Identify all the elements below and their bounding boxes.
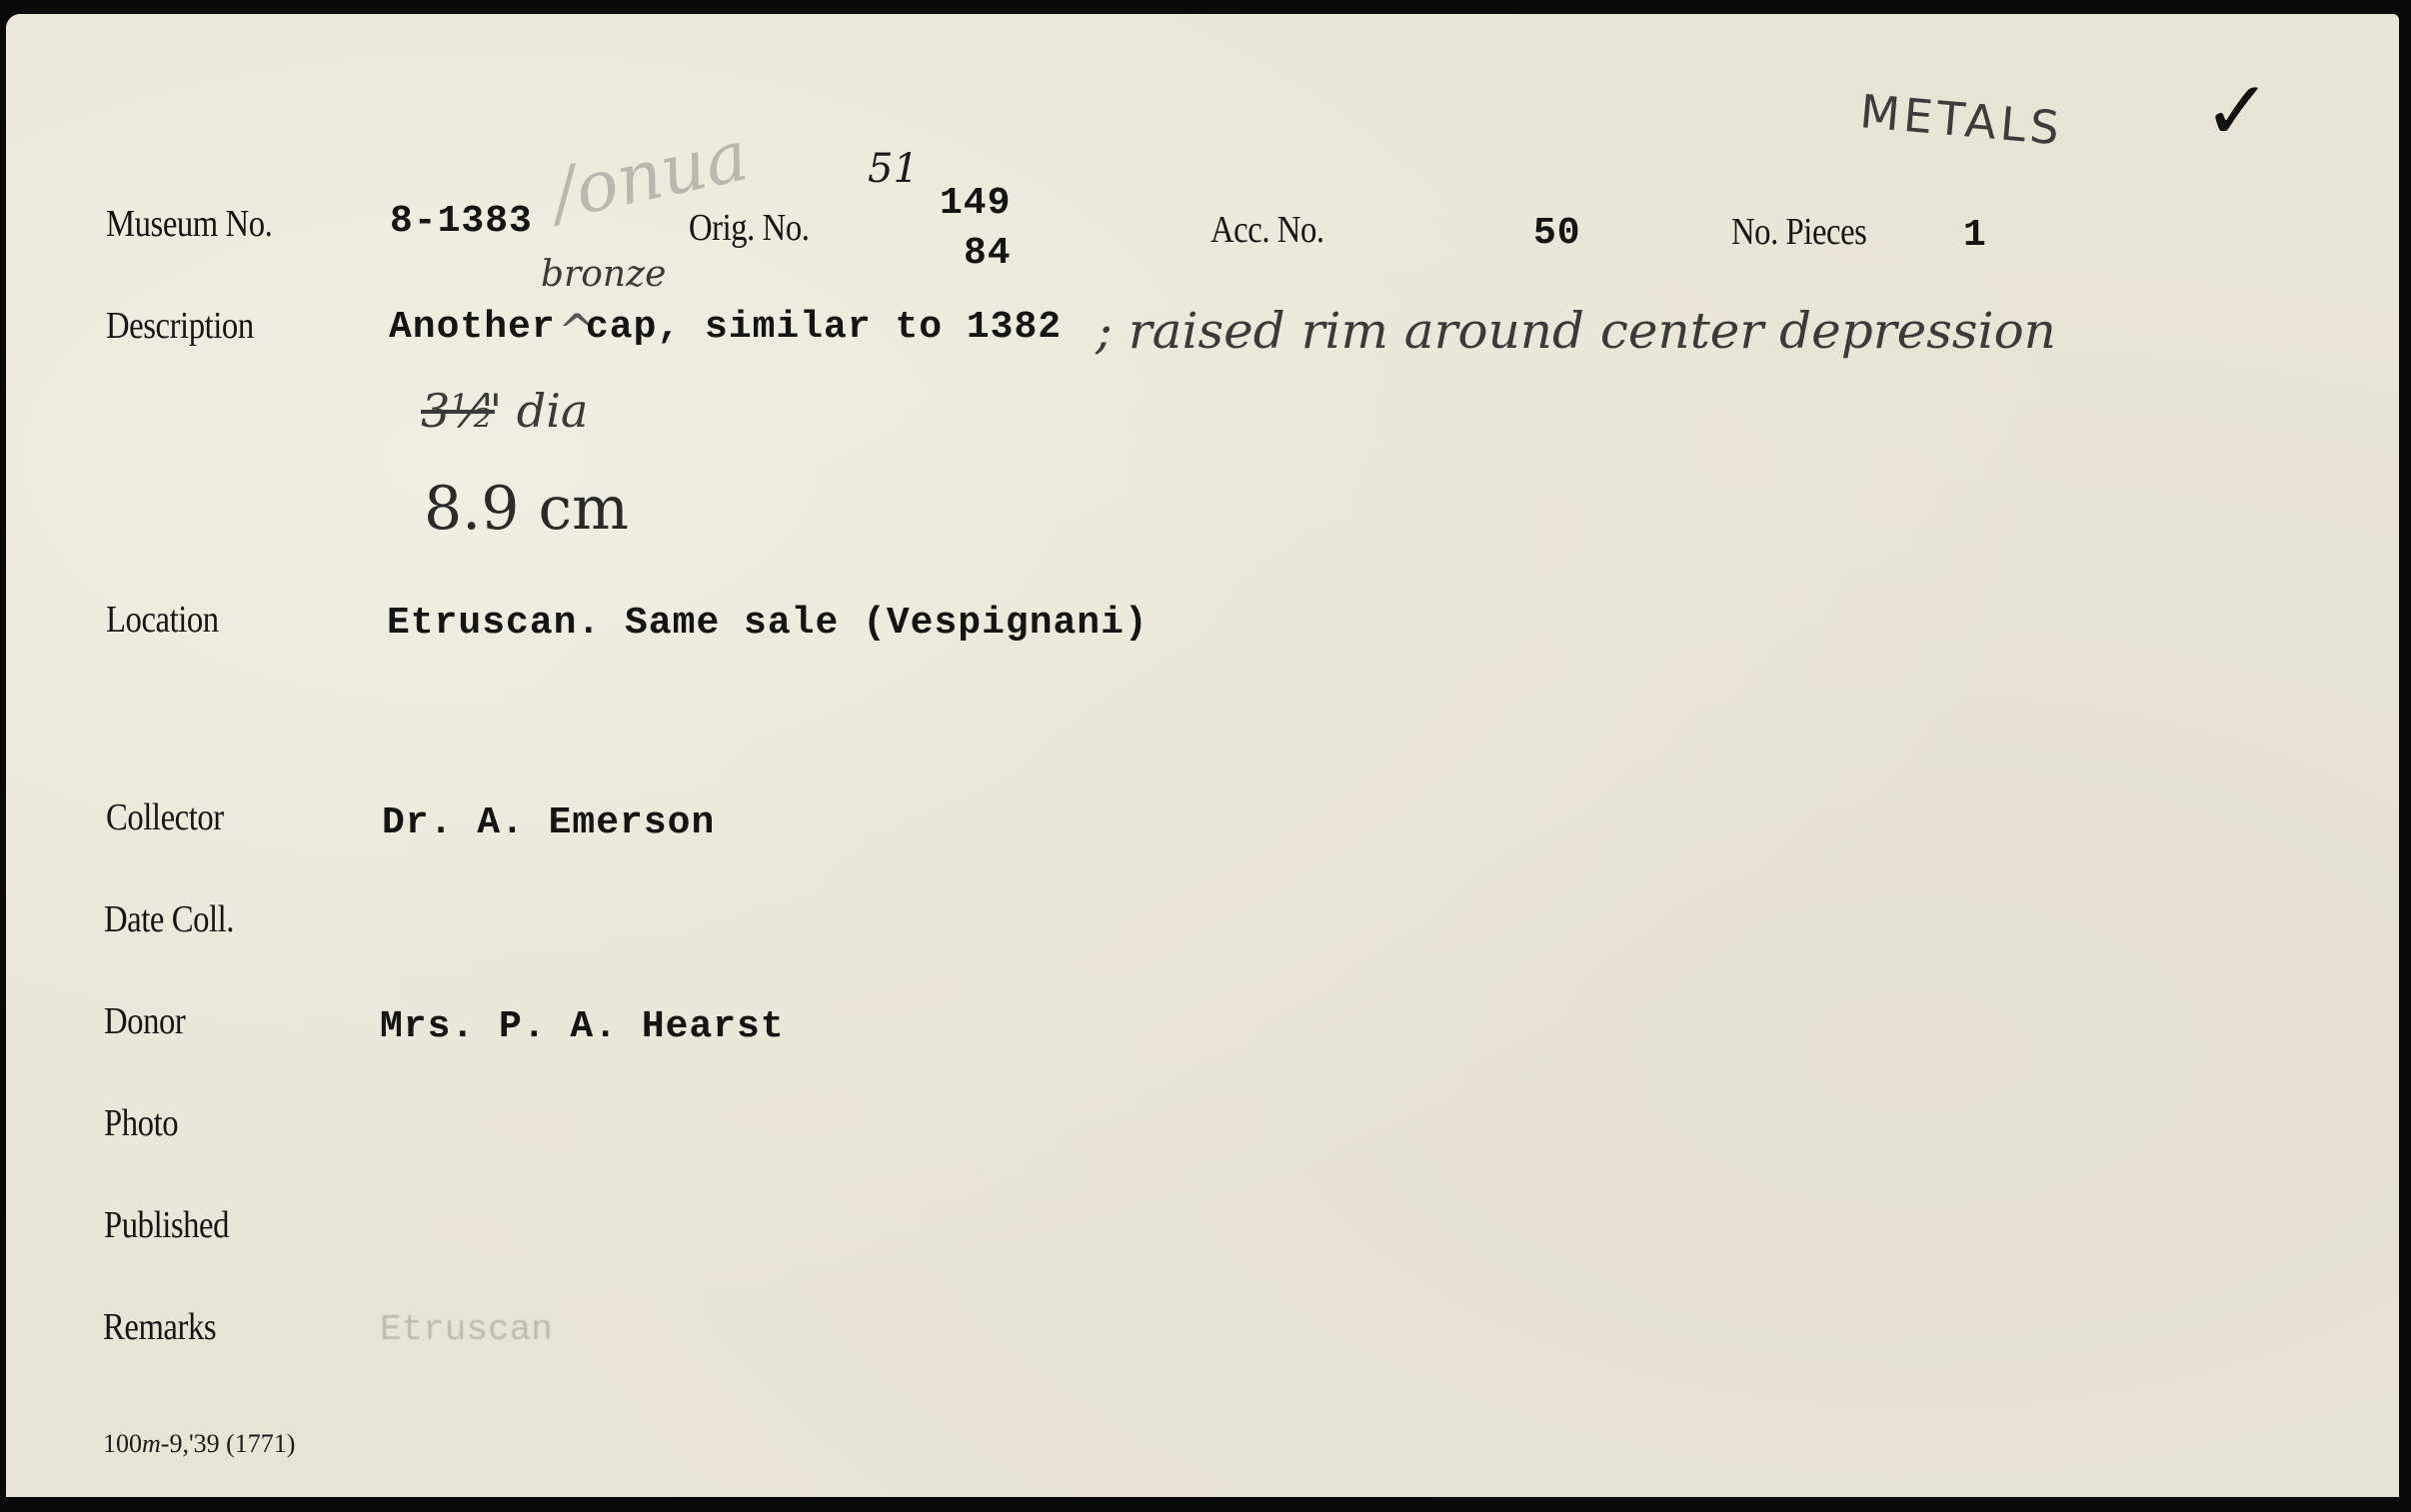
- location-label: Location: [106, 598, 219, 642]
- description-insert-bronze: bronze: [541, 254, 666, 295]
- description-typed-end: cap, similar to 1382: [586, 306, 1062, 349]
- orig-no-value-bottom: 84: [964, 232, 1012, 275]
- description-handwritten-continuation: ; raised rim around center depression: [1096, 302, 2056, 360]
- print-code-prefix: 100: [103, 1429, 142, 1458]
- published-label: Published: [104, 1203, 229, 1247]
- remarks-label: Remarks: [103, 1305, 216, 1349]
- description-dia: " dia: [481, 384, 588, 438]
- orig-no-handwritten: 51: [868, 146, 919, 192]
- print-code-suffix: -9,'39 (1771): [161, 1429, 296, 1458]
- collector-label: Collector: [106, 795, 224, 839]
- description-typed-start: Another: [389, 306, 556, 349]
- photo-label: Photo: [104, 1101, 178, 1145]
- museum-no-value: 8-1383: [390, 200, 533, 243]
- acc-no-label: Acc. No.: [1210, 208, 1324, 252]
- metals-stamp: METALS: [1858, 84, 2066, 156]
- catalog-card: METALS ✓ /onua Museum No. 8-1383 Orig. N…: [6, 14, 2399, 1497]
- no-pieces-label: No. Pieces: [1731, 210, 1866, 254]
- orig-no-value-top: 149: [940, 182, 1011, 225]
- description-label: Description: [106, 304, 254, 348]
- museum-no-label: Museum No.: [106, 202, 272, 246]
- donor-label: Donor: [104, 999, 185, 1043]
- acc-no-value: 50: [1533, 212, 1581, 255]
- no-pieces-value: 1: [1963, 214, 1987, 257]
- checkmark-icon: ✓: [2203, 64, 2272, 159]
- remarks-faded-value: Etruscan: [380, 1309, 553, 1350]
- donor-value: Mrs. P. A. Hearst: [380, 1005, 785, 1048]
- location-value: Etruscan. Same sale (Vespignani): [387, 602, 1149, 645]
- description-cm: 8.9 cm: [424, 474, 629, 544]
- print-code: 100m-9,'39 (1771): [103, 1429, 295, 1459]
- date-coll-label: Date Coll.: [104, 897, 234, 941]
- orig-no-label: Orig. No.: [689, 206, 809, 250]
- print-code-italic: m: [142, 1429, 161, 1458]
- collector-value: Dr. A. Emerson: [382, 801, 715, 844]
